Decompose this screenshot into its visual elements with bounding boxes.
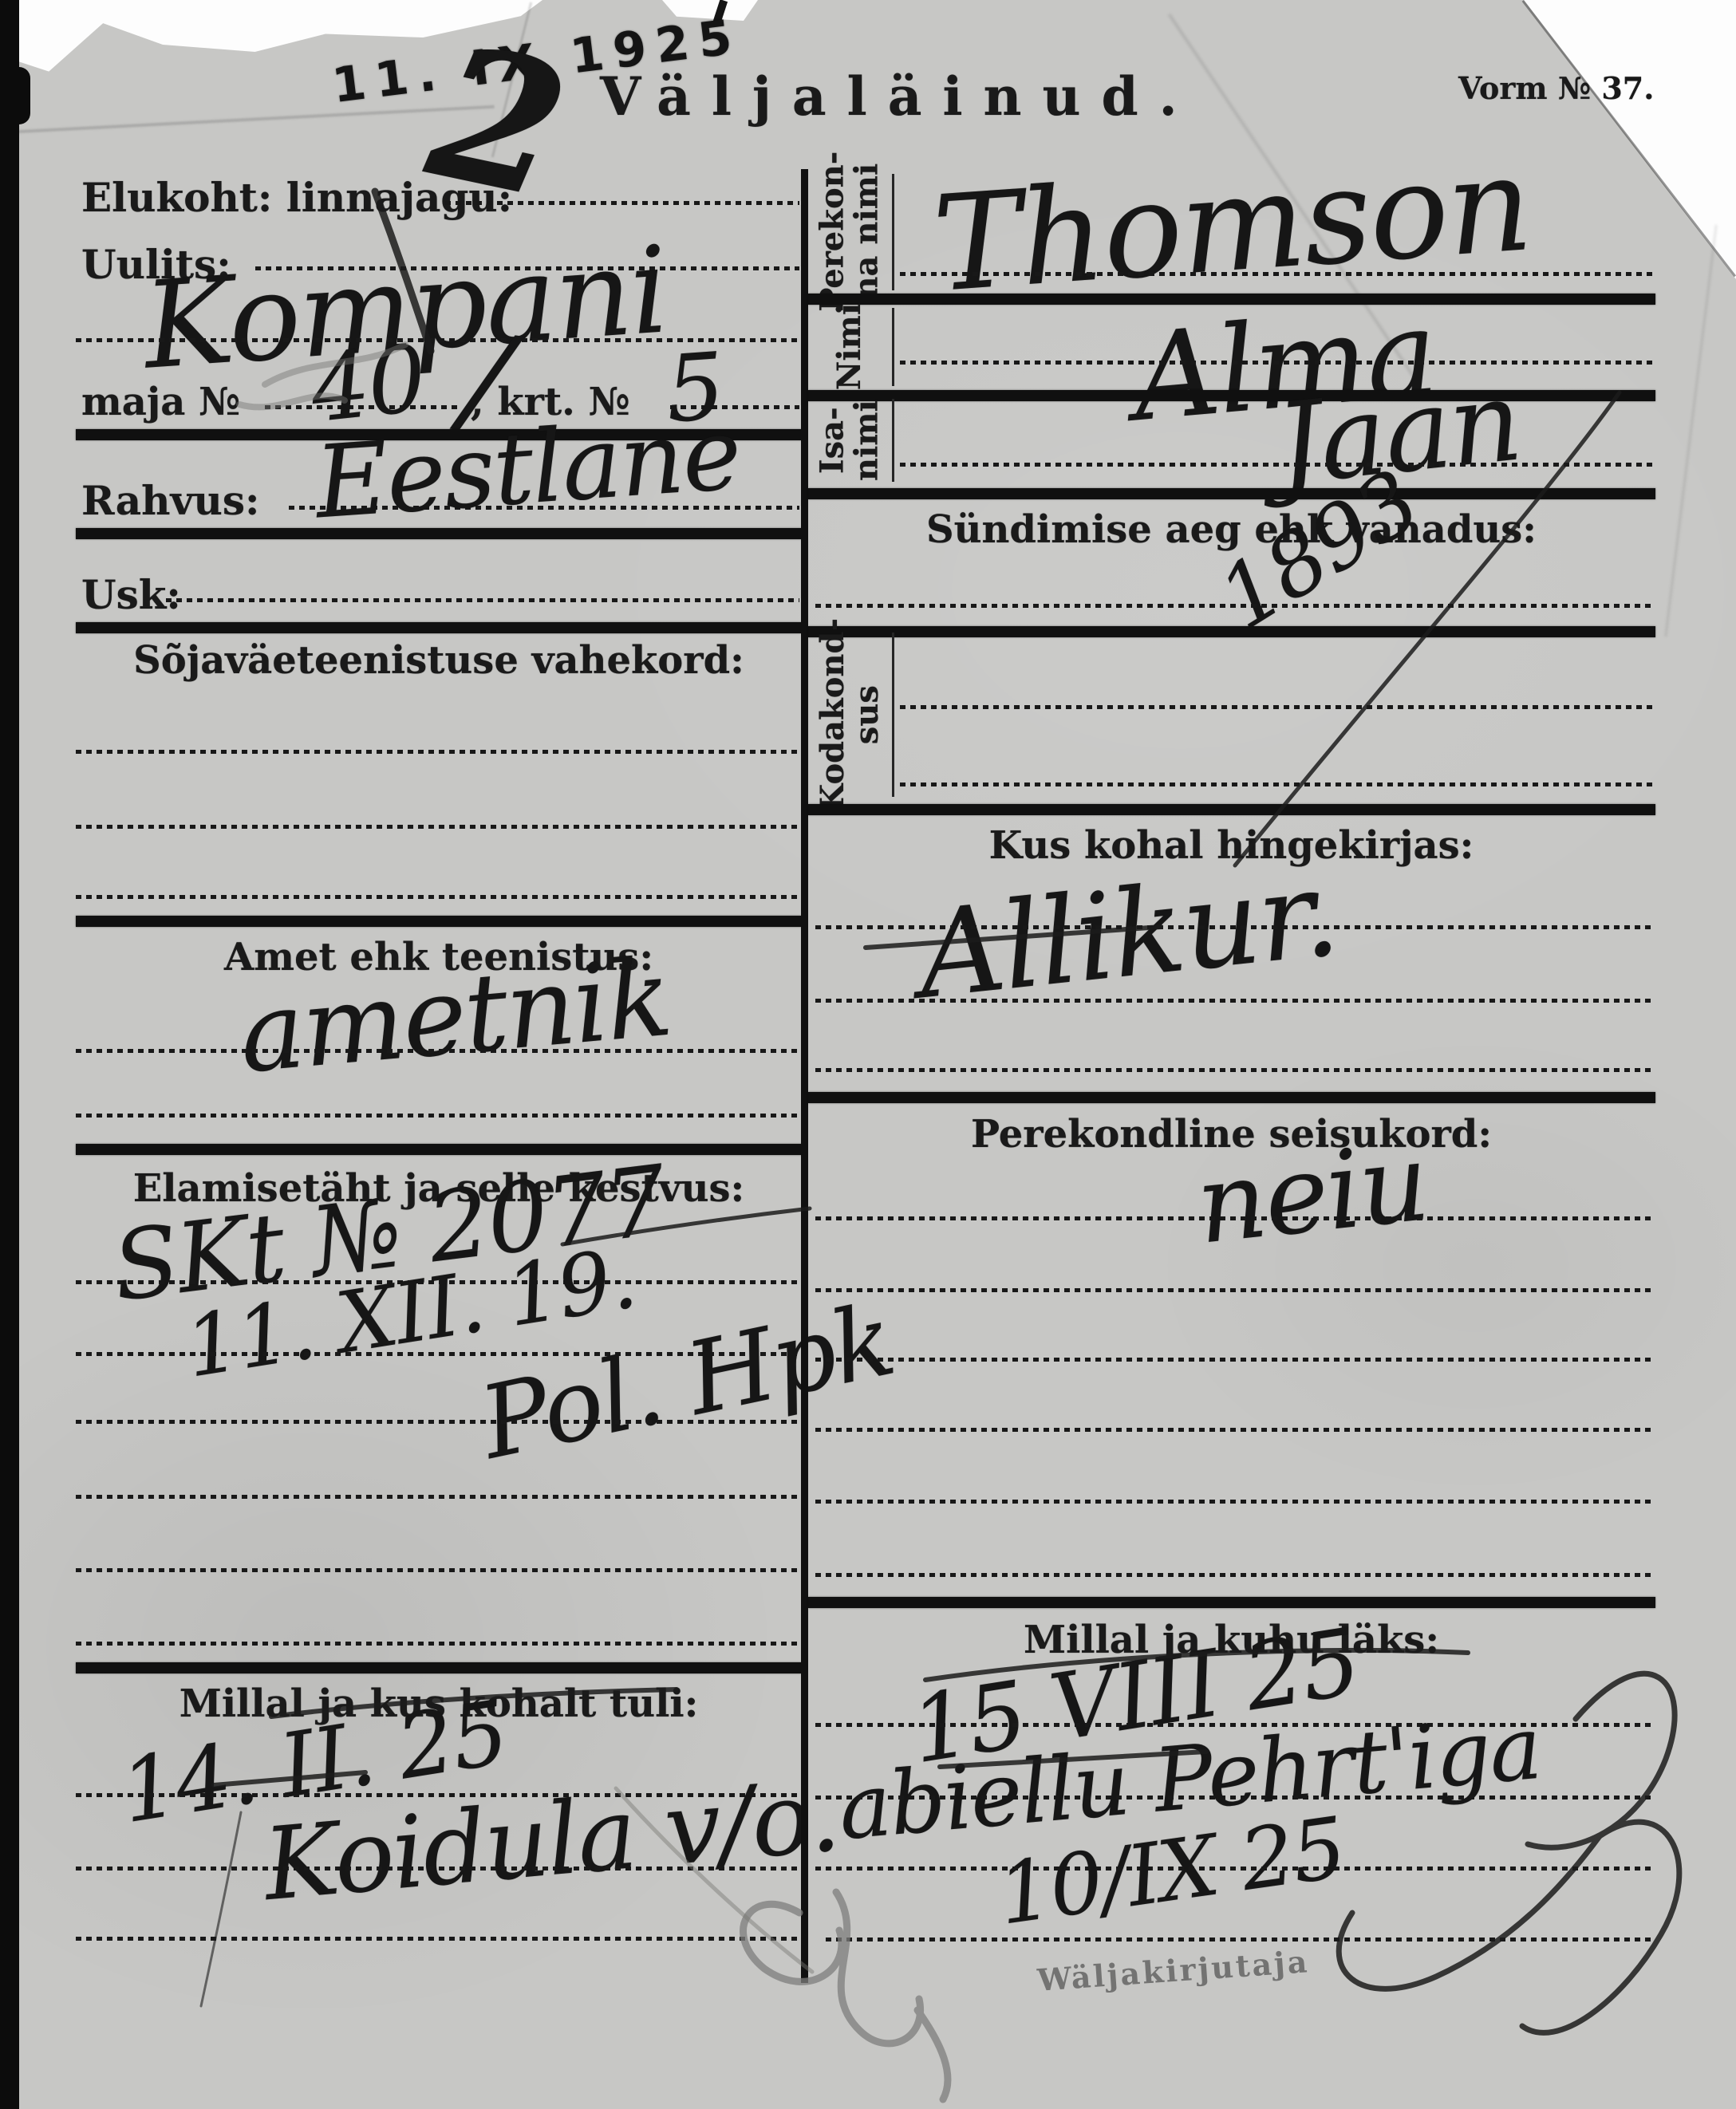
dotted-line — [76, 1114, 799, 1118]
dotted-line — [815, 925, 1655, 929]
field-label-citizenship: Kodakond-sus — [807, 630, 892, 799]
field-label-surname-line1: Perekon- — [815, 151, 850, 311]
label-divider-rule — [892, 633, 894, 797]
handwriting-family-status: neiu — [1191, 1119, 1434, 1267]
label-divider-rule — [892, 174, 894, 290]
dotted-line — [815, 1216, 1655, 1220]
field-label-usk: Usk: — [81, 571, 181, 618]
rule-thick — [76, 622, 802, 633]
scan-edge-blotch — [0, 67, 30, 124]
dotted-line — [900, 705, 1655, 709]
dotted-line — [76, 1049, 799, 1053]
dotted-line — [76, 1867, 799, 1871]
dotted-line — [815, 1068, 1655, 1072]
rule-thick — [76, 1144, 802, 1155]
rule-thick — [808, 804, 1655, 815]
dotted-line — [76, 1642, 799, 1646]
dotted-line — [815, 1358, 1655, 1362]
rule-thick — [76, 528, 802, 539]
section-label-military-service: Sõjaväeteenistuse vahekord: — [76, 638, 802, 683]
dotted-line — [900, 782, 1655, 786]
dotted-line — [76, 825, 799, 829]
rule-thick — [808, 390, 1655, 401]
dotted-line — [815, 604, 1655, 608]
scanned-document: 11. IX 1925 2 Väljaläinud. Vorm № 37. El… — [0, 0, 1736, 2109]
dotted-line — [815, 1288, 1655, 1292]
dotted-line — [815, 999, 1655, 1003]
field-label-rahvus: Rahvus: — [81, 477, 259, 524]
field-label-citizenship-line2: sus — [850, 618, 884, 812]
dotted-line — [445, 201, 799, 205]
dotted-line — [900, 272, 1655, 276]
dotted-line — [76, 1568, 799, 1572]
rule-thick — [808, 626, 1655, 637]
rule-thick — [808, 1092, 1655, 1103]
dotted-line — [815, 1500, 1655, 1504]
form-number: Vorm № 37. — [1458, 70, 1654, 106]
section-label-birthdate: Sündimise aeg ehk vanadus: — [807, 507, 1655, 552]
scan-edge-left — [0, 0, 19, 2109]
dotted-line — [815, 1428, 1655, 1432]
field-label-citizenship-line1: Kodakond- — [815, 618, 850, 812]
dotted-line — [76, 1937, 799, 1941]
rule-thick — [76, 1662, 802, 1673]
dotted-line — [900, 463, 1655, 467]
rule-thick — [808, 488, 1655, 499]
dotted-line — [76, 1420, 799, 1424]
dotted-line — [815, 1796, 1655, 1800]
dotted-line — [900, 361, 1655, 365]
field-label-firstname: Nimi — [807, 305, 892, 388]
dotted-line — [76, 895, 799, 899]
dotted-line — [815, 1867, 1655, 1871]
field-label-maja-no: maja № — [81, 380, 240, 424]
field-label-fathers-name-line2: nimi — [850, 400, 884, 481]
label-divider-rule — [892, 308, 894, 386]
field-label-elukoht: Elukoht: linnajagu: — [81, 174, 512, 221]
field-label-fathers-name: Isa-nimi — [807, 396, 892, 484]
rule-thick — [76, 916, 802, 927]
dotted-line — [826, 1938, 1655, 1941]
dotted-line — [166, 598, 799, 602]
dotted-line — [76, 1495, 799, 1499]
dotted-line — [76, 750, 799, 754]
label-divider-rule — [892, 399, 894, 482]
dotted-line — [815, 1573, 1655, 1577]
field-label-fathers-name-line1: Isa- — [815, 400, 850, 481]
field-label-surname: Perekon-na nimi — [807, 171, 892, 291]
rule-thick — [808, 1597, 1655, 1608]
field-label-surname-line2: na nimi — [850, 151, 884, 311]
form-title: Väljaläinud. — [600, 65, 1198, 128]
